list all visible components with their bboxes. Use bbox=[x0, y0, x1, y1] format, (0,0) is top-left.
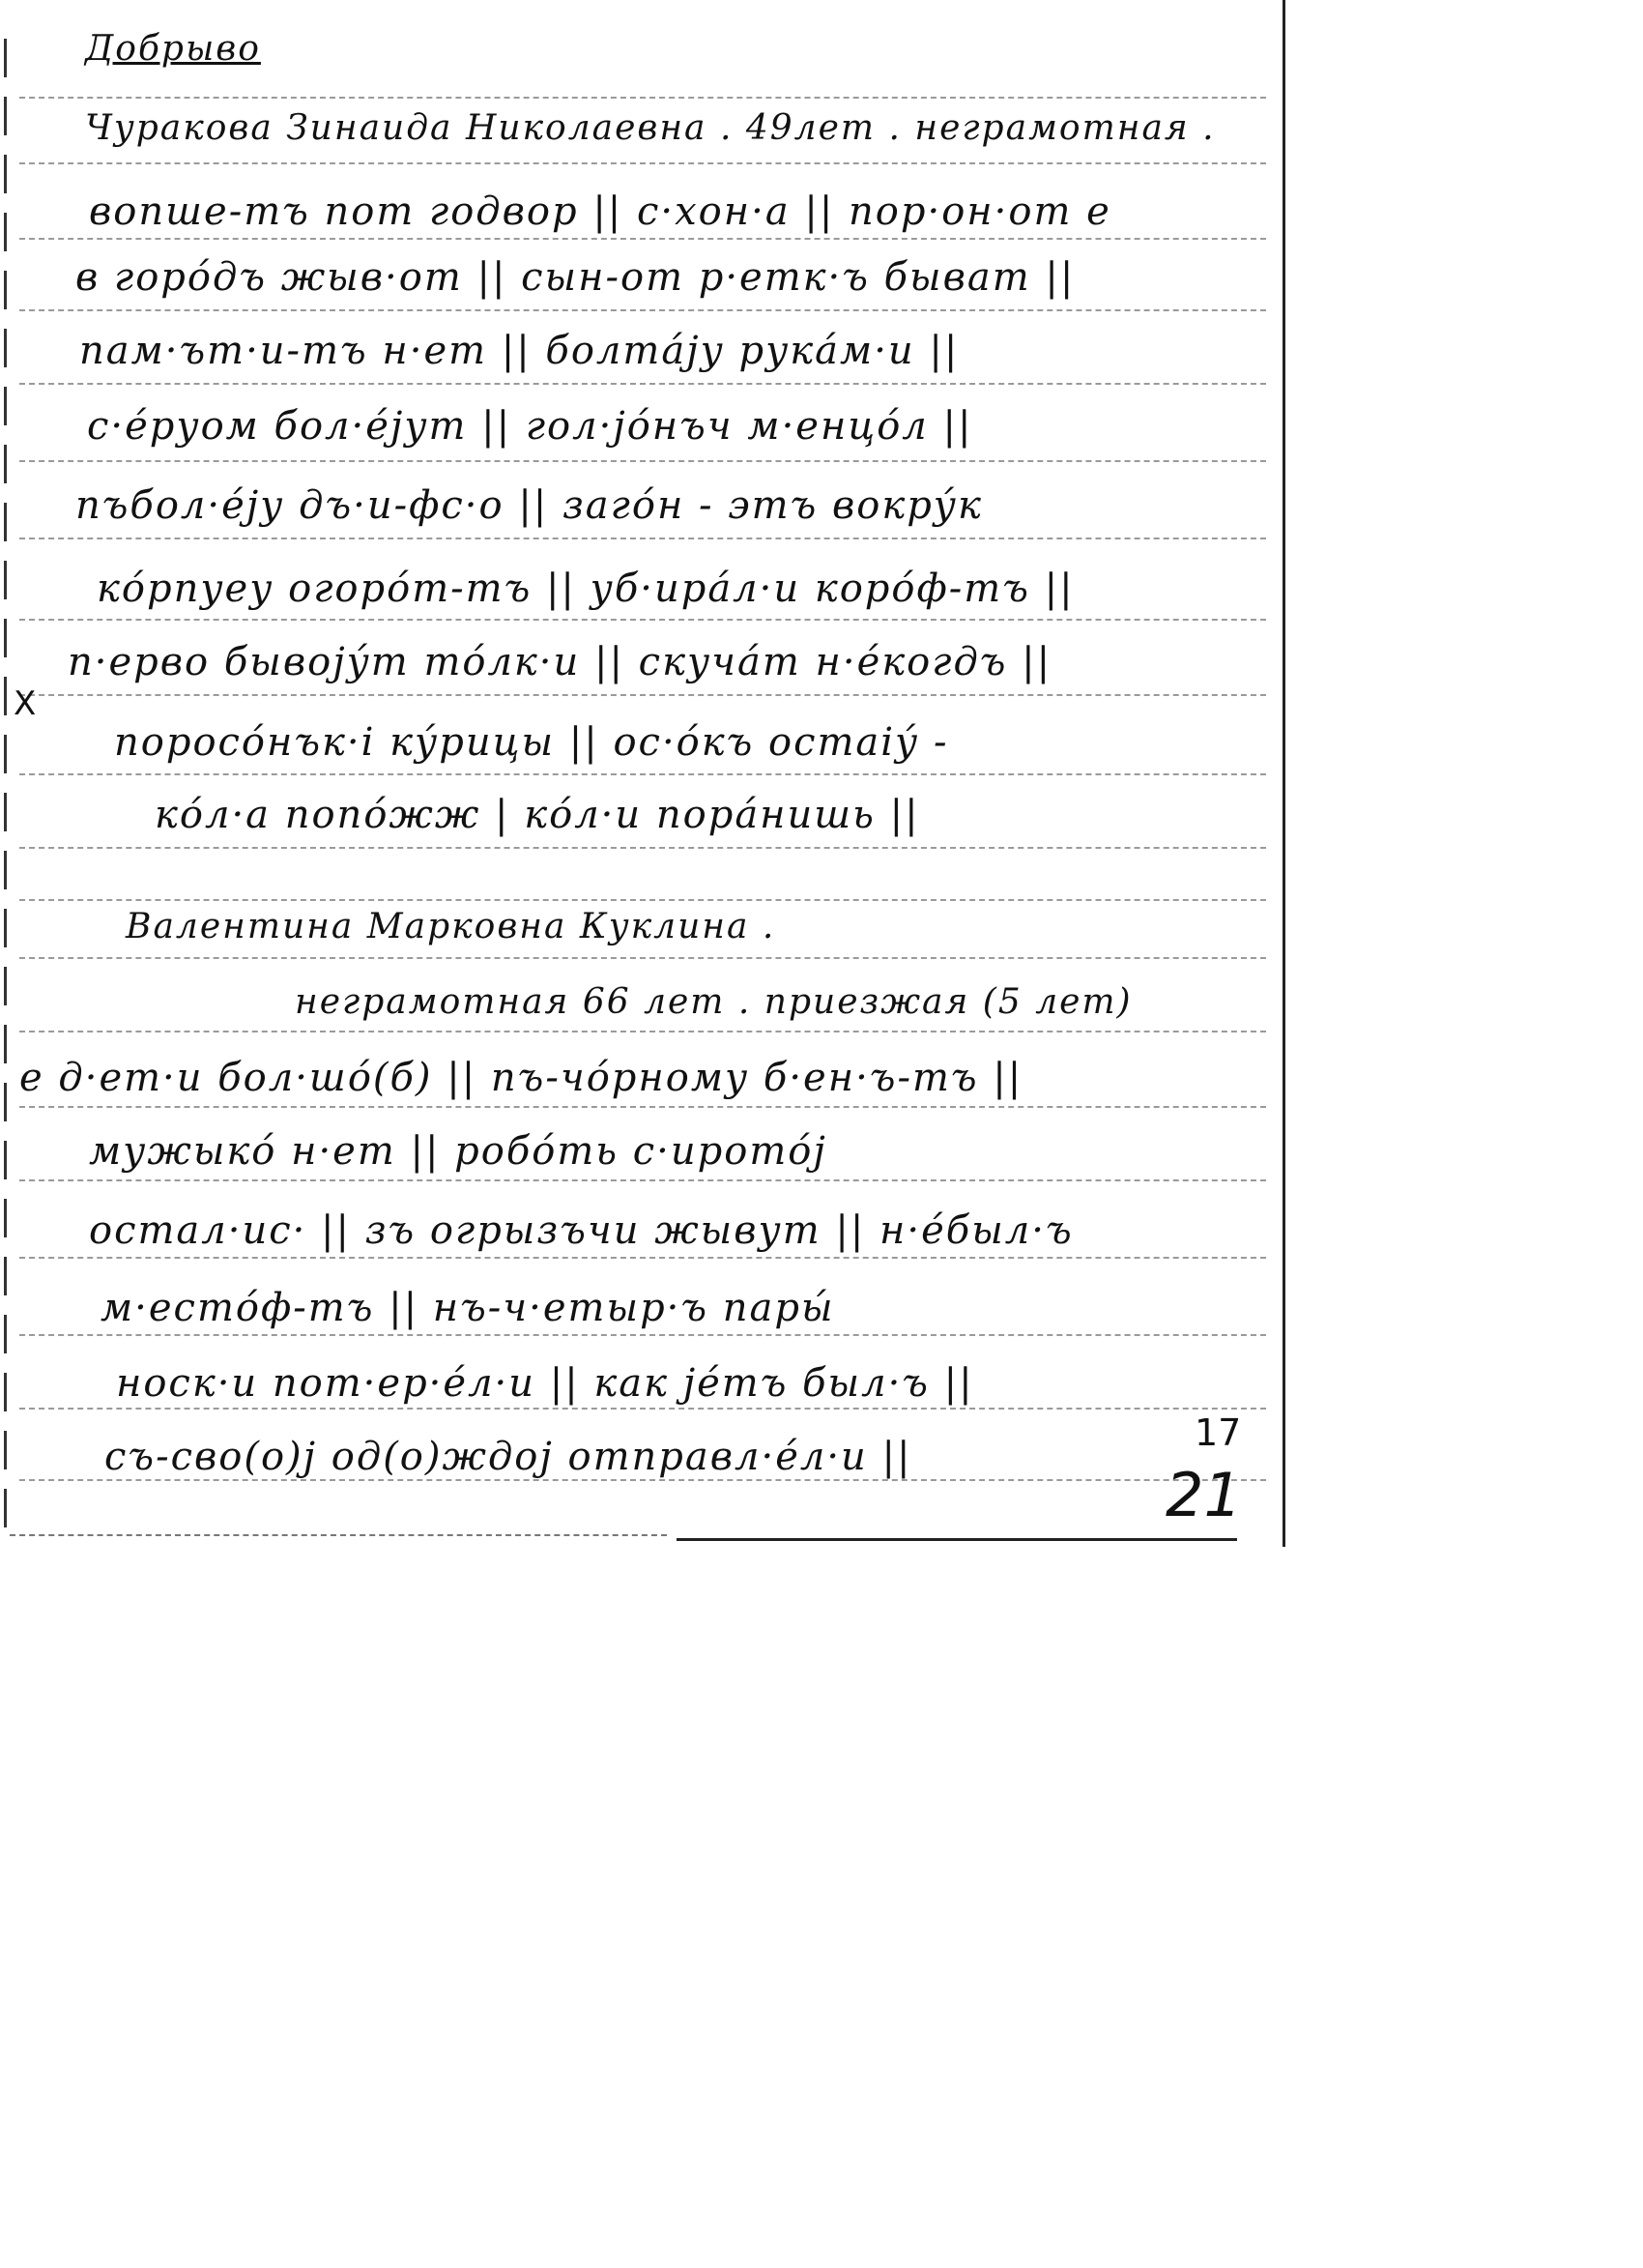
bottom-solid-rule bbox=[677, 1538, 1237, 1541]
old-page-number: 17 bbox=[1195, 1411, 1241, 1454]
transcript-line: м·есто́ф-тъ || нъ-ч·етыр·ъ пары́ bbox=[101, 1286, 835, 1330]
transcript-line: п·ерво бывоју́т то́лк·и || скуча́т н·е́к… bbox=[68, 640, 1052, 684]
transcript-line: вопше-тъ пот годвор || с·хон·а || пор·он… bbox=[89, 189, 1111, 234]
transcript-line: ко́л·а попо́жж | ко́л·и пора́нишь || bbox=[155, 793, 920, 837]
ruled-line bbox=[19, 162, 1266, 164]
ruled-line bbox=[19, 619, 1266, 621]
ruled-line bbox=[19, 773, 1266, 775]
ruled-line bbox=[19, 1106, 1266, 1108]
ruled-line bbox=[19, 309, 1266, 311]
transcript-line: носк·и пот·ер·е́л·и || как је́тъ был·ъ |… bbox=[116, 1361, 974, 1406]
transcript-line: в горо́дъ жыв·от || сын-от р·етк·ъ быват… bbox=[75, 255, 1075, 300]
speaker-1-info: Чуракова Зинаида Николаевна . 49лет . не… bbox=[85, 108, 1216, 148]
transcript-line: поросо́нък·і ку́рицы || ос·о́къ остаіу́ … bbox=[114, 720, 949, 765]
margin-x-mark: X bbox=[14, 684, 36, 723]
ruled-line bbox=[19, 1479, 1266, 1481]
speaker-2-info: неграмотная 66 лет . приезжая (5 лет) bbox=[295, 982, 1133, 1022]
ruled-line bbox=[19, 97, 1266, 99]
ruled-line bbox=[19, 1257, 1266, 1259]
speaker-2-name: Валентина Марковна Куклина . bbox=[126, 907, 775, 946]
ruled-line bbox=[19, 1031, 1266, 1032]
ruled-line bbox=[19, 1334, 1266, 1336]
transcript-line: пъбол·е́ју дъ·и-фс·о || заго́н - этъ вок… bbox=[75, 483, 983, 528]
transcript-line: съ-сво(о)ј од(о)ждој отправл·е́л·и || bbox=[104, 1435, 911, 1479]
right-margin-line bbox=[1283, 0, 1285, 1547]
ruled-line bbox=[19, 1179, 1266, 1181]
left-binding-edge bbox=[4, 39, 7, 1547]
transcript-line: с·е́руом бол·е́јут || гол·јо́нъч м·енцо́… bbox=[87, 404, 972, 449]
transcript-line: пам·ът·и-тъ н·ет || болта́ју рука́м·и || bbox=[79, 329, 959, 373]
ruled-line bbox=[19, 847, 1266, 849]
ruled-line bbox=[19, 460, 1266, 462]
transcript-line: мужыко́ н·ет || робо́ть с·ирото́ј bbox=[89, 1129, 827, 1174]
ruled-line bbox=[19, 694, 1266, 696]
village-heading: Добрыво bbox=[85, 29, 261, 69]
scanned-manuscript-page: Добрыво Чуракова Зинаида Николаевна . 49… bbox=[0, 0, 1643, 2268]
ruled-line bbox=[19, 899, 1266, 901]
ruled-line bbox=[19, 238, 1266, 240]
ruled-line bbox=[19, 957, 1266, 959]
bottom-dashed-rule bbox=[10, 1534, 667, 1536]
ruled-line bbox=[19, 1408, 1266, 1410]
ruled-line bbox=[19, 383, 1266, 385]
transcript-line: ко́рпуеу огоро́т-тъ || уб·ира́л·и коро́ф… bbox=[97, 567, 1075, 611]
transcript-line: е д·ет·и бол·шо́(б) || пъ-чо́рному б·ен·… bbox=[19, 1056, 1023, 1100]
ruled-line bbox=[19, 538, 1266, 539]
page-number: 21 bbox=[1166, 1460, 1242, 1530]
transcript-line: остал·ис· || зъ огрызъчи жывут || н·е́бы… bbox=[89, 1208, 1074, 1253]
